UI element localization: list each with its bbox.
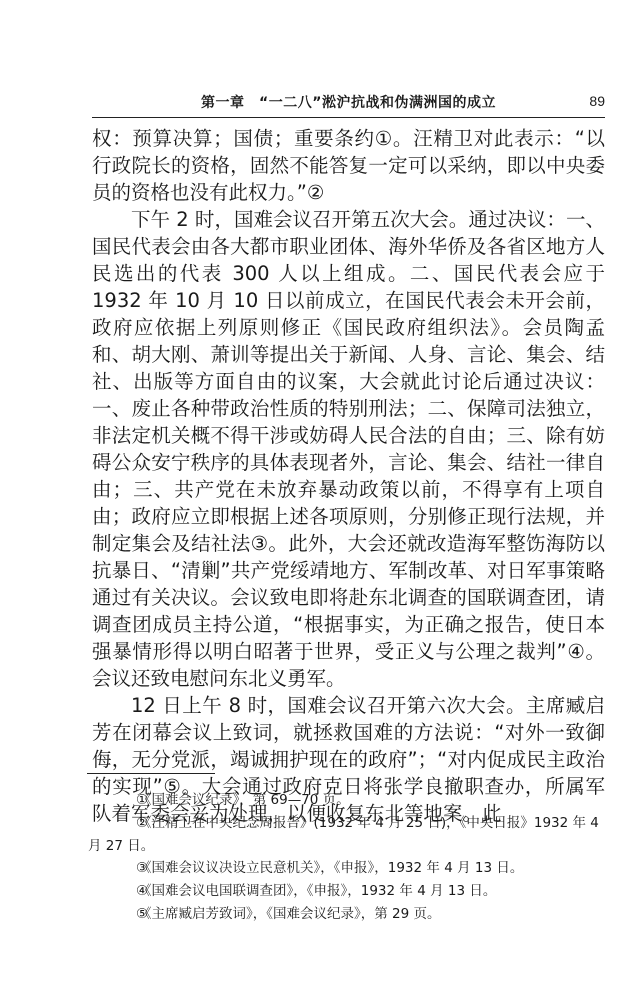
footnote-4: ④《国难会议电国联调查团》，《申报》，1932 年 4 月 13 日。 [88, 880, 605, 903]
footnote-3: ③《国难会议议决设立民意机关》，《申报》，1932 年 4 月 13 日。 [88, 857, 605, 880]
paragraph-continued: 权：预算决算；国债；重要条约①。汪精卫对此表示：“以行政院长的资格，固然不能答复… [92, 125, 605, 206]
footnote-text: 《国难会议议决设立民意机关》，《申报》，1932 年 4 月 13 日。 [138, 860, 523, 876]
footnote-rule [87, 773, 215, 774]
footnote-marker: ① [112, 789, 138, 812]
footnote-text: 《国难会议电国联调查团》，《申报》，1932 年 4 月 13 日。 [138, 883, 496, 899]
running-head: 第一章 “一二八”淞沪抗战和伪满洲国的成立 [92, 92, 605, 112]
footnote-5: ⑤《主席臧启芳致词》，《国难会议纪录》，第 29 页。 [88, 903, 605, 926]
page-number: 89 [589, 93, 605, 109]
footnote-text: 《国难会议纪录》，第 69—70 页。 [138, 792, 350, 808]
page-header: 第一章 “一二八”淞沪抗战和伪满洲国的成立 89 [92, 92, 605, 114]
footnote-marker: ⑤ [112, 903, 138, 926]
footnote-text: 《主席臧启芳致词》，《国难会议纪录》，第 29 页。 [138, 906, 441, 922]
header-rule [92, 117, 605, 118]
footnote-text: 《汪精卫在中央纪念周报告》(1932 年 4 月 25 日)，《中央日报》193… [88, 815, 599, 854]
footnote-1: ①《国难会议纪录》，第 69—70 页。 [88, 789, 605, 812]
footnote-marker: ④ [112, 880, 138, 903]
footnote-marker: ② [112, 812, 138, 835]
footnote-2: ②《汪精卫在中央纪念周报告》(1932 年 4 月 25 日)，《中央日报》19… [88, 812, 605, 858]
footnote-marker: ③ [112, 857, 138, 880]
footnotes: ①《国难会议纪录》，第 69—70 页。 ②《汪精卫在中央纪念周报告》(1932… [88, 789, 605, 926]
body-text: 权：预算决算；国债；重要条约①。汪精卫对此表示：“以行政院长的资格，固然不能答复… [92, 125, 605, 827]
paragraph-fifth-session: 下午 2 时，国难会议召开第五次大会。通过决议：一、国民代表会由各大都市职业团体… [92, 206, 605, 692]
